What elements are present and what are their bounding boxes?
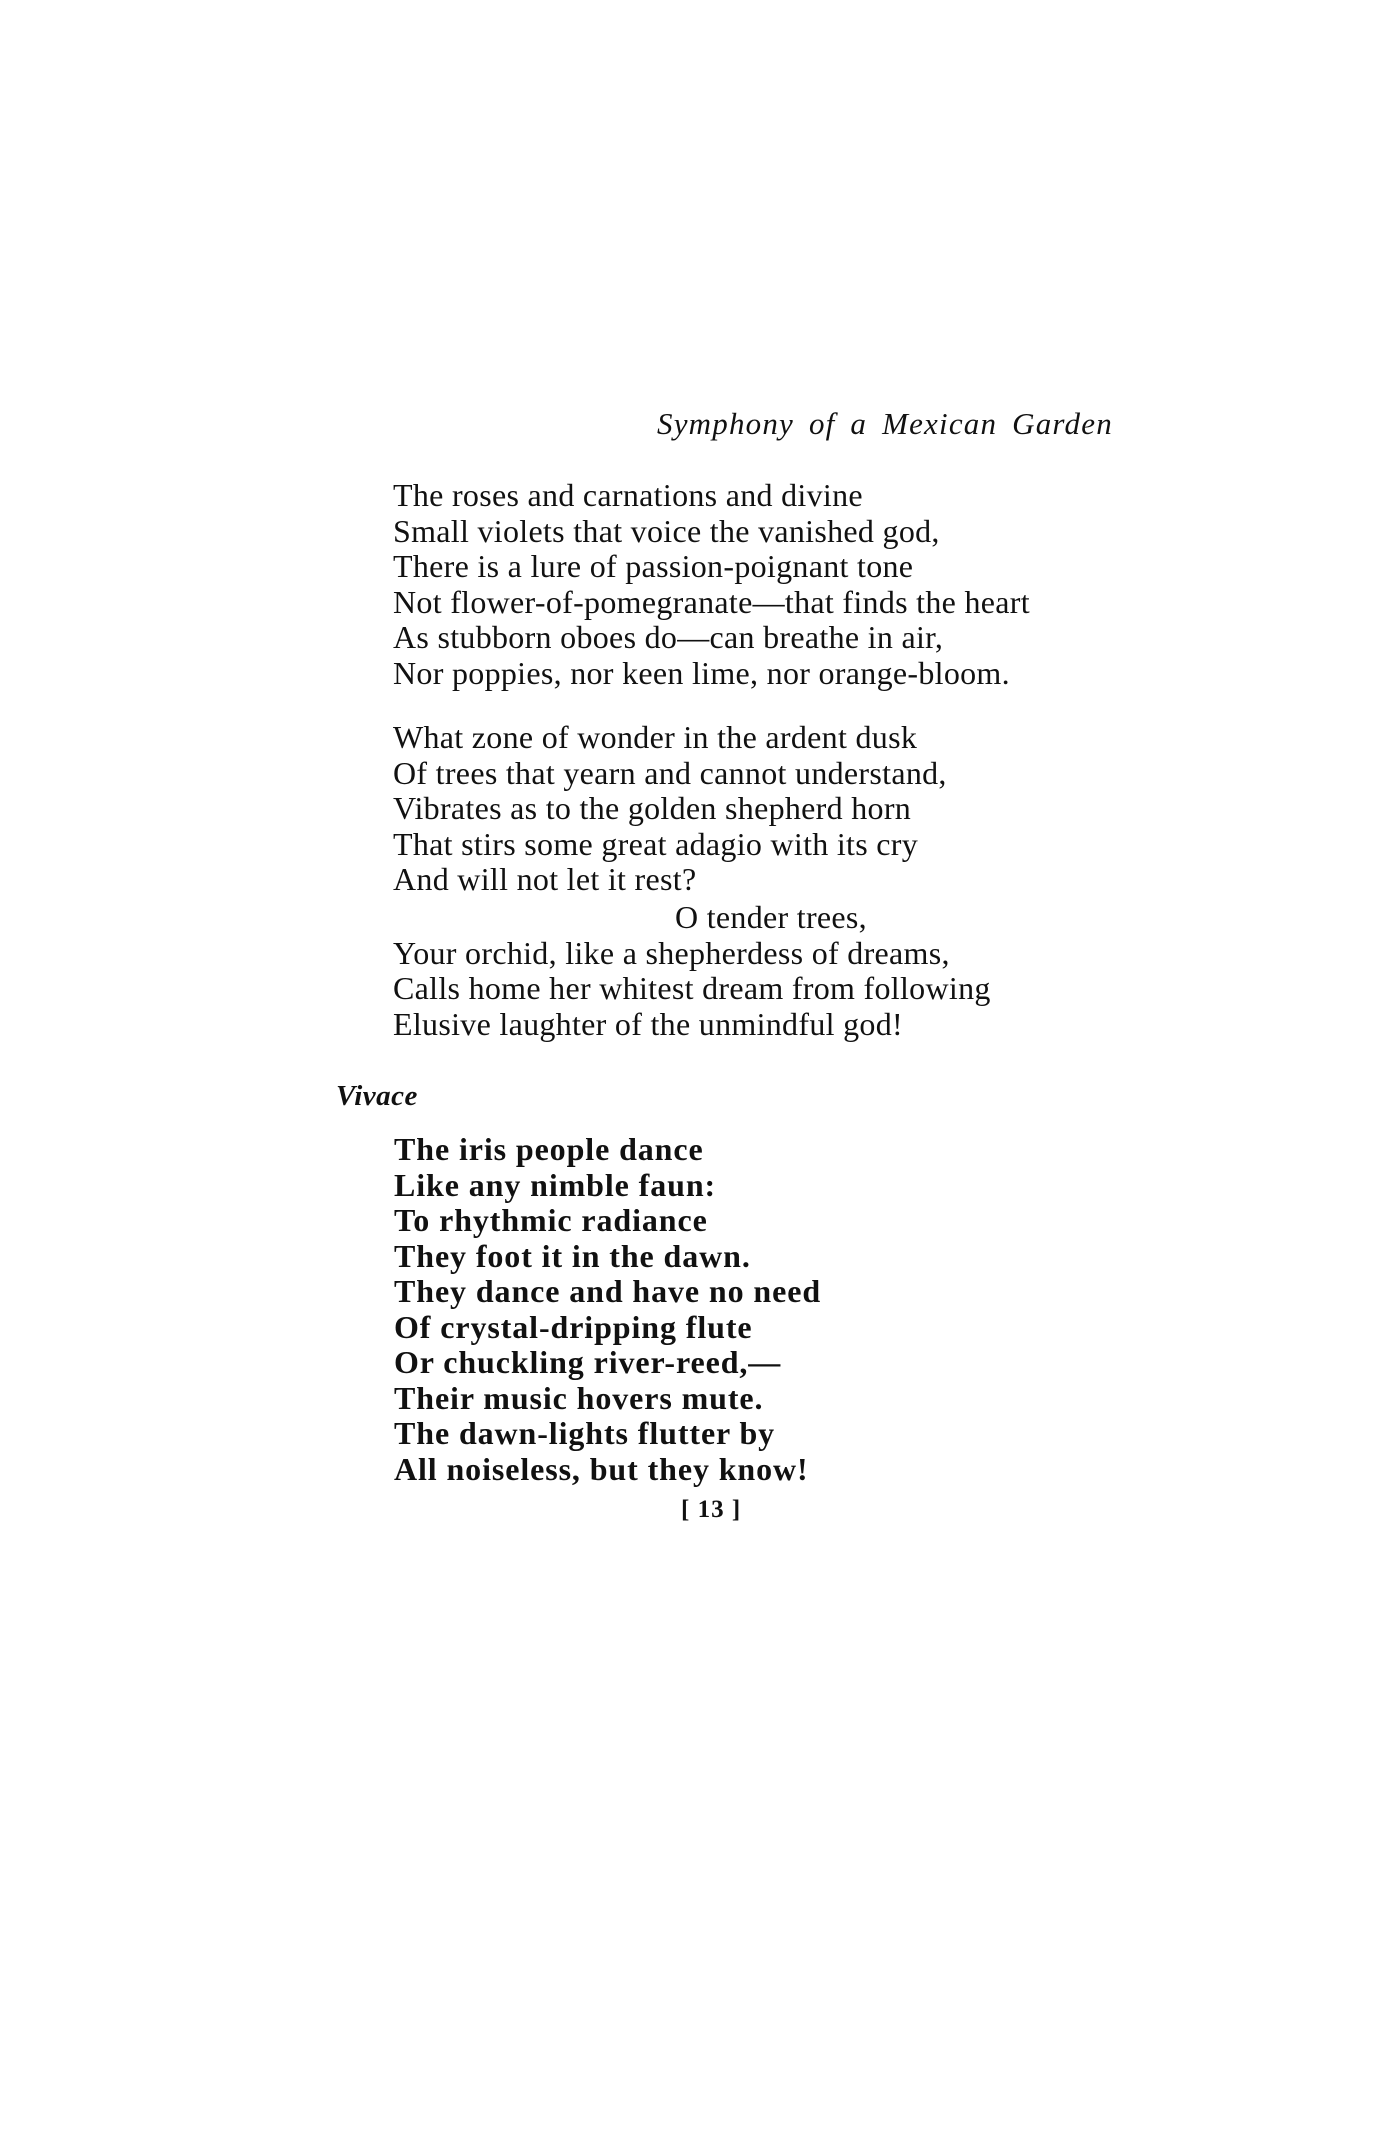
poem-line: Vibrates as to the golden shepherd horn [393,791,947,827]
poem-line: They dance and have no need [394,1274,821,1310]
poem-line: That stirs some great adagio with its cr… [393,827,947,863]
page-number: [ 13 ] [681,1496,741,1524]
poem-line: Like any nimble faun: [394,1168,821,1204]
poem-line: All noiseless, but they know! [394,1452,821,1488]
section-label-vivace: Vivace [336,1080,418,1113]
running-head-title: Symphony of a Mexican Garden [657,406,1113,442]
poem-line: Nor poppies, nor keen lime, nor orange-b… [393,656,1030,692]
book-page: Symphony of a Mexican Garden The roses a… [0,0,1400,2154]
poem-line: To rhythmic radiance [394,1203,821,1239]
poem-line: The iris people dance [394,1132,821,1168]
poem-line: Of crystal-dripping flute [394,1310,821,1346]
stanza-3: O tender trees, Your orchid, like a shep… [393,900,991,1042]
poem-line: Calls home her whitest dream from follow… [393,971,991,1007]
stanza-2: What zone of wonder in the ardent dusk O… [393,720,947,898]
poem-line: There is a lure of passion-poignant tone [393,549,1030,585]
poem-line: Not flower-of-pomegranate—that finds the… [393,585,1030,621]
poem-line: Their music hovers mute. [394,1381,821,1417]
poem-line: As stubborn oboes do—can breathe in air, [393,620,1030,656]
poem-line: And will not let it rest? [393,862,947,898]
poem-line: Small violets that voice the vanished go… [393,514,1030,550]
poem-line: Of trees that yearn and cannot understan… [393,756,947,792]
poem-line: The roses and carnations and divine [393,478,1030,514]
poem-line: Elusive laughter of the unmindful god! [393,1007,991,1043]
poem-line: What zone of wonder in the ardent dusk [393,720,947,756]
stanza-1: The roses and carnations and divine Smal… [393,478,1030,691]
poem-line: They foot it in the dawn. [394,1239,821,1275]
stanza-vivace: The iris people dance Like any nimble fa… [394,1132,821,1487]
poem-line: Or chuckling river-reed,— [394,1345,821,1381]
poem-line: The dawn-lights flutter by [394,1416,821,1452]
poem-line-indented: O tender trees, [393,900,991,936]
poem-line: Your orchid, like a shepherdess of dream… [393,936,991,972]
